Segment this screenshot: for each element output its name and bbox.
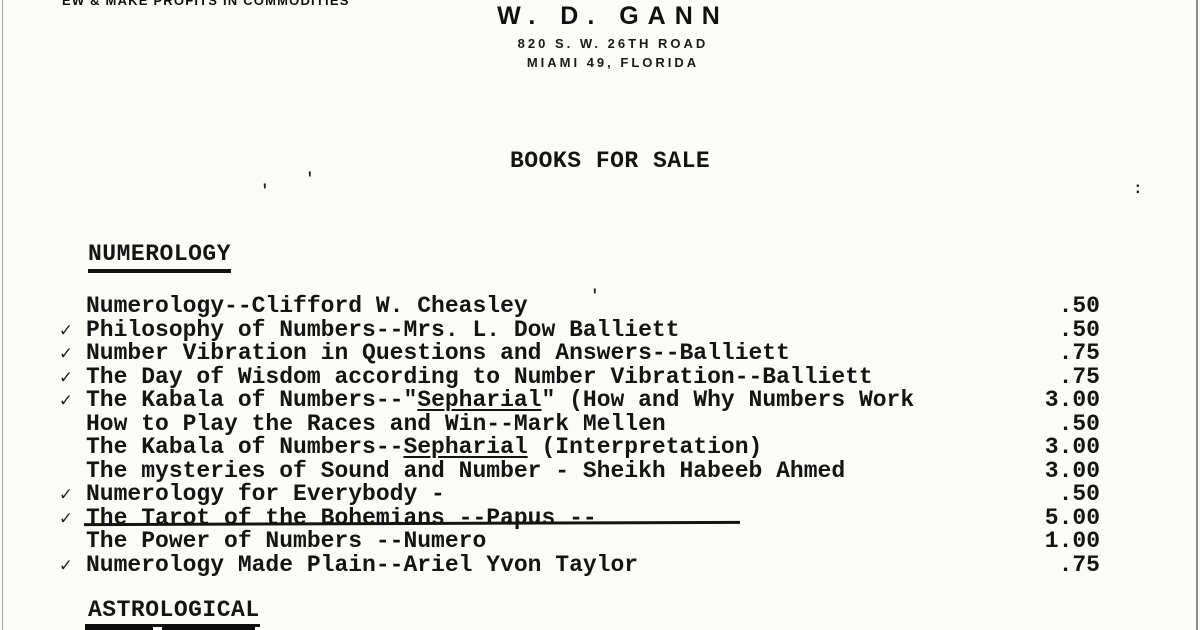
scan-speck: '	[260, 182, 270, 200]
book-title-rest: " (How and Why Numbers Work	[542, 387, 915, 413]
book-row: ✓The Kabala of Numbers--"Sepharial" (How…	[0, 389, 1200, 413]
book-row: The Power of Numbers --Numero 1.00	[0, 530, 1200, 554]
scan-speck: '	[590, 287, 600, 305]
book-row: ✓Number Vibration in Questions and Answe…	[0, 342, 1200, 366]
book-list: Numerology--Clifford W. Cheasley .50 ✓Ph…	[0, 295, 1200, 577]
scan-speck: '	[305, 170, 315, 188]
book-price: 3.00	[1023, 460, 1100, 484]
clipped-underline-segment	[85, 624, 153, 630]
book-row: ✓Numerology Made Plain--Ariel Yvon Taylo…	[0, 554, 1200, 578]
book-price: .75	[1023, 366, 1100, 390]
book-price: .50	[1023, 413, 1100, 437]
book-price: .75	[1023, 554, 1100, 578]
book-title-underlined: Sepharial	[403, 434, 527, 460]
book-title: The Tarot of the Bohemians --Papus --	[86, 505, 597, 531]
letterhead: W. D. GANN 820 S. W. 26TH ROAD MIAMI 49,…	[497, 2, 729, 70]
book-row: How to Play the Races and Win--Mark Mell…	[0, 413, 1200, 437]
book-title: The Kabala of Numbers--"	[86, 387, 417, 413]
book-price: 3.00	[1023, 436, 1100, 460]
book-price: .75	[1023, 342, 1100, 366]
book-title: Numerology for Everybody -	[86, 481, 445, 507]
book-title: Numerology--Clifford W. Cheasley	[86, 293, 528, 319]
checkmark: ✓	[60, 343, 86, 367]
page-title: BOOKS FOR SALE	[510, 148, 710, 174]
book-title: The mysteries of Sound and Number - Shei…	[86, 458, 845, 484]
clipped-top-note-text: EW & MAKE PROFITS IN COMMODITIES	[62, 0, 382, 8]
book-title: The Kabala of Numbers--	[86, 434, 403, 460]
book-row: The Kabala of Numbers--Sepharial (Interp…	[0, 436, 1200, 460]
checkmark: ✓	[60, 508, 86, 532]
book-price: .50	[1023, 319, 1100, 343]
checkmark: ✓	[60, 484, 86, 508]
book-price: 5.00	[1023, 507, 1100, 531]
clipped-underline-segment	[162, 624, 255, 630]
checkmark: ✓	[60, 367, 86, 391]
clipped-top-note: EW & MAKE PROFITS IN COMMODITIES	[62, 0, 382, 13]
section-heading-numerology: NUMEROLOGY	[88, 241, 231, 273]
book-row: ✓Numerology for Everybody - .50	[0, 483, 1200, 507]
book-price: 1.00	[1023, 530, 1100, 554]
book-row: The mysteries of Sound and Number - Shei…	[0, 460, 1200, 484]
section-heading-astrological: ASTROLOGICAL	[88, 597, 260, 627]
checkmark: ✓	[60, 320, 86, 344]
book-price: .50	[1023, 483, 1100, 507]
scan-speck: .	[1088, 290, 1098, 308]
letterhead-name: W. D. GANN	[497, 2, 729, 31]
scan-speck: :	[1133, 180, 1143, 198]
book-title: The Power of Numbers --Numero	[86, 528, 486, 554]
book-title-rest: (Interpretation)	[528, 434, 763, 460]
checkmark: ✓	[60, 390, 86, 414]
checkmark: ✓	[60, 555, 86, 579]
book-title-underlined: Sepharial	[417, 387, 541, 413]
letterhead-address-line1: 820 S. W. 26TH ROAD	[497, 36, 729, 51]
book-title: The Day of Wisdom according to Number Vi…	[86, 364, 873, 390]
book-row: ✓The Day of Wisdom according to Number V…	[0, 366, 1200, 390]
book-price: 3.00	[1023, 389, 1100, 413]
book-title: Number Vibration in Questions and Answer…	[86, 340, 790, 366]
book-title: Philosophy of Numbers--Mrs. L. Dow Balli…	[86, 317, 680, 343]
book-title: How to Play the Races and Win--Mark Mell…	[86, 411, 666, 437]
book-row: Numerology--Clifford W. Cheasley .50	[0, 295, 1200, 319]
book-row-struck: ✓The Tarot of the Bohemians --Papus -- 5…	[0, 507, 1200, 531]
book-title: Numerology Made Plain--Ariel Yvon Taylor	[86, 552, 638, 578]
letterhead-address-line2: MIAMI 49, FLORIDA	[497, 55, 729, 70]
book-row: ✓Philosophy of Numbers--Mrs. L. Dow Ball…	[0, 319, 1200, 343]
